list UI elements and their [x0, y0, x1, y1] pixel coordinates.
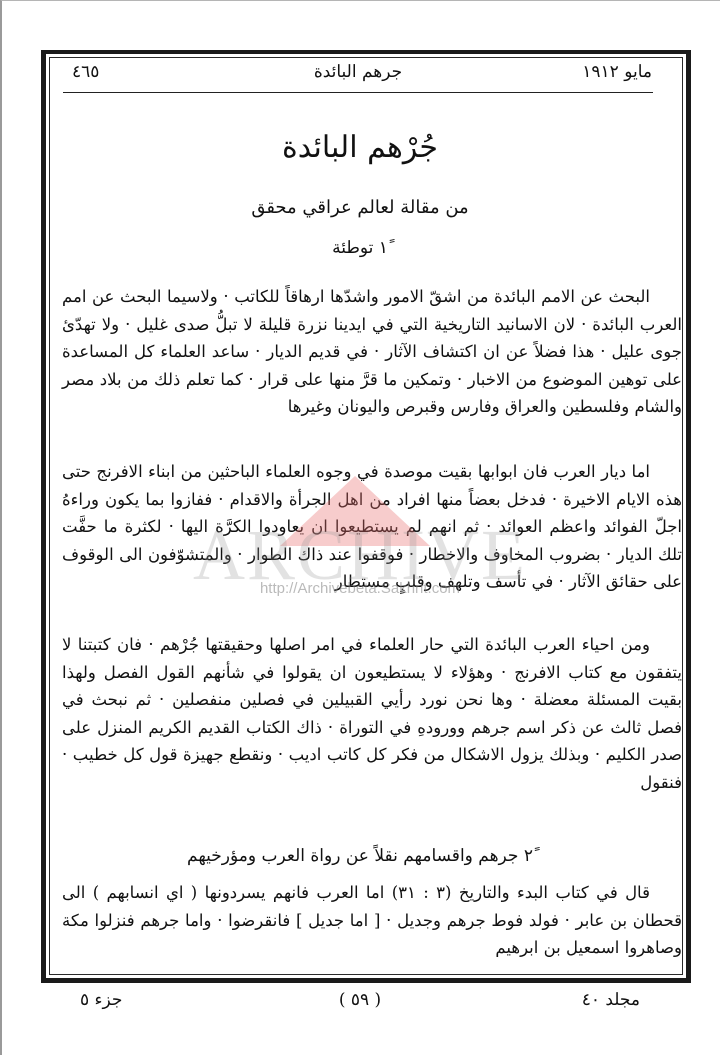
running-title: جرهم البائدة — [64, 62, 652, 82]
paragraph-1: البحث عن الامم البائدة من اشقّ الامور وا… — [62, 283, 682, 421]
header-rule — [63, 92, 653, 93]
section-heading-introduction: ١ً توطئة — [0, 238, 720, 258]
paragraph-4: قال في كتاب البدء والتاريخ (٣ : ٣١) اما … — [62, 879, 682, 962]
paragraph-text: البحث عن الامم البائدة من اشقّ الامور وا… — [62, 283, 682, 421]
paragraph-2: اما ديار العرب فان ابوابها بقيت موصدة في… — [62, 458, 682, 596]
article-subtitle: من مقالة لعالم عراقي محقق — [0, 197, 720, 218]
article-title: جُرْهم البائدة — [0, 130, 720, 165]
running-head: مايو ١٩١٢ جرهم البائدة ٤٦٥ — [64, 62, 652, 90]
footer-part: جزء ٥ — [80, 990, 122, 1010]
paragraph-text: ومن احياء العرب البائدة التي حار العلماء… — [62, 631, 682, 796]
page-number: ٤٦٥ — [72, 62, 99, 82]
paragraph-text: اما ديار العرب فان ابوابها بقيت موصدة في… — [62, 458, 682, 596]
paragraph-3: ومن احياء العرب البائدة التي حار العلماء… — [62, 631, 682, 796]
paragraph-text: قال في كتاب البدء والتاريخ (٣ : ٣١) اما … — [62, 879, 682, 962]
section-heading-jurhum-divisions: ٢ً جرهم واقسامهم نقلاً عن رواة العرب ومؤ… — [0, 846, 720, 866]
